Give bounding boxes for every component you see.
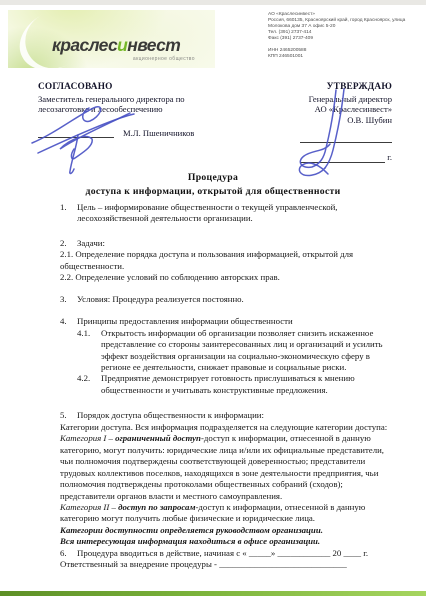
approved-company: АО «Краслесинвест» <box>280 104 392 115</box>
item-4-text: Принципы предоставления информации общес… <box>77 316 398 327</box>
date-line <box>300 153 385 163</box>
signature-line <box>38 128 114 138</box>
item-3-conditions: 3. Условия: Процедура реализуется постоя… <box>60 294 398 305</box>
item-number: 4.2. <box>77 373 101 396</box>
item-5-intro: Категории доступа. Вся информация подраз… <box>60 422 398 433</box>
logo-text-accent: и <box>117 35 127 55</box>
signer-name-pshenichnikov: М.Л. Пшеничников <box>123 128 194 139</box>
item-1-goal: 1. Цель – информирование общественности … <box>60 202 398 225</box>
item-number: 3. <box>60 294 77 305</box>
signer-name-shubin: О.В. Шубин <box>280 115 392 126</box>
approved-position: Генеральный директор <box>280 94 392 105</box>
item-2-text: Задачи: <box>77 238 398 249</box>
category-1-paragraph: Категория I – ограниченный доступ-доступ… <box>60 433 398 502</box>
responsible-label: Ответственный за внедрение процедуры - <box>60 559 219 569</box>
item-5-access-order: 5. Порядок доступа общественности к инфо… <box>60 410 398 547</box>
company-kpp: КПП 246501001 <box>268 54 418 60</box>
item-number: 5. <box>60 410 77 421</box>
category-2-name: доступ по запросам <box>118 502 195 512</box>
logo-subtitle: акционерное общество <box>8 56 195 62</box>
agreed-position-line2: лесозаготовке и лесообеспечению <box>38 104 243 115</box>
item-2-tasks: 2. Задачи: 2.1. Определение порядка дост… <box>60 238 398 284</box>
item-number: 1. <box>60 202 77 225</box>
company-logo: краслесинвест акционерное общество <box>8 10 215 68</box>
item-4-principles: 4. Принципы предоставления информации об… <box>60 316 398 396</box>
item-4-1-text: Открытость информации об организации поз… <box>101 328 398 374</box>
approval-block-approved: УТВЕРЖДАЮ Генеральный директор АО «Красл… <box>280 82 392 163</box>
footer-accent-bar <box>0 591 426 596</box>
item-3-text: Условия: Процедура реализуется постоянно… <box>77 294 398 305</box>
category-1-name: ограниченный доступ <box>115 433 201 443</box>
item-2-1-text: 2.1. Определение порядка доступа и польз… <box>60 249 398 272</box>
approved-heading: УТВЕРЖДАЮ <box>280 82 392 93</box>
agreed-position-line1: Заместитель генерального директора по <box>38 94 243 105</box>
category-1-lead: Категория I – <box>60 433 115 443</box>
item-number: 4.1. <box>77 328 101 374</box>
item-5-text: Порядок доступа общественности к информа… <box>77 410 398 421</box>
approval-block-agreed: СОГЛАСОВАНО Заместитель генерального дир… <box>38 82 243 138</box>
item-number: 4. <box>60 316 77 327</box>
item-number: 2. <box>60 238 77 249</box>
category-1-description: -доступ к информации, отнесенной в данну… <box>60 433 384 500</box>
title-line2: доступа к информации, открытой для общес… <box>0 185 426 199</box>
item-6-responsible-line: Ответственный за внедрение процедуры - _… <box>60 559 398 570</box>
item-1-text: Цель – информирование общественности о т… <box>77 202 398 225</box>
item-number: 6. <box>60 548 77 559</box>
item-2-2-text: 2.2. Определение условий по соблюдению а… <box>60 272 398 283</box>
document-body: 1. Цель – информирование общественности … <box>60 202 398 571</box>
category-2-paragraph: Категория II – доступ по запросам-доступ… <box>60 502 398 525</box>
title-line1: Процедура <box>0 171 426 185</box>
item-4-2-text: Предприятие демонстрирует готовность при… <box>101 373 398 396</box>
item-5-note2: Вся интересующая информация находиться в… <box>60 536 398 547</box>
document-page: краслесинвест акционерное общество АО «К… <box>0 0 426 600</box>
responsible-blank: _____________________________ <box>219 559 347 569</box>
logo-text-part1: краслес <box>52 35 117 55</box>
category-2-lead: Категория II – <box>60 502 118 512</box>
company-contact-block: АО «Краслесинвест» Россия, 660135, Красн… <box>268 12 418 60</box>
item-5-note1: Категории доступности определяется руков… <box>60 525 398 536</box>
date-suffix: г. <box>387 152 392 163</box>
document-title: Процедура доступа к информации, открытой… <box>0 171 426 198</box>
scan-edge-artifact <box>0 0 426 5</box>
logo-wordmark: краслесинвест <box>52 35 180 56</box>
item-6-enactment: 6. Процедура вводиться в действие, начин… <box>60 548 398 571</box>
item-6-text: Процедура вводиться в действие, начиная … <box>77 548 398 559</box>
logo-text-part2: нвест <box>127 35 180 55</box>
signature-line <box>300 133 392 143</box>
company-fax: Факс (391) 2737-409 <box>268 36 418 42</box>
agreed-heading: СОГЛАСОВАНО <box>38 82 243 93</box>
